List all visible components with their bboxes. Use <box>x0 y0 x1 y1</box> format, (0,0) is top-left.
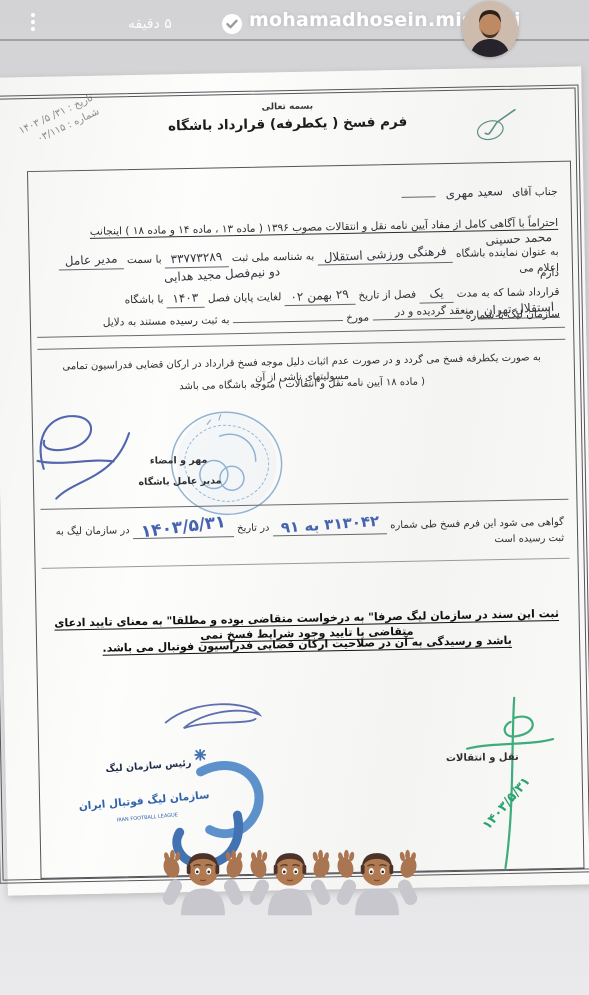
duration-handwritten: یک <box>423 286 450 302</box>
transfers-signature-green <box>450 685 562 882</box>
story-options-icon[interactable] <box>24 10 42 36</box>
l4-printed-b: مورخ <box>346 312 369 324</box>
blank-number <box>372 307 462 321</box>
story-timestamp: ۵ دقیقه <box>128 16 172 32</box>
season-end-handwritten: ۱۴۰۳ <box>166 290 205 307</box>
verified-badge-icon <box>221 13 243 35</box>
blank-line <box>402 185 436 198</box>
certify-printed-2: در تاریخ <box>237 522 270 534</box>
avatar-photo <box>462 1 518 57</box>
transfers-label: نقل و انتقالات <box>443 752 521 764</box>
start-date-handwritten: ۲۹ بهمن ۰۲ <box>284 287 355 306</box>
shrug-emoji-stickers[interactable] <box>160 840 420 916</box>
salutation-printed: جناب آقای <box>512 186 558 199</box>
l4-printed-a: سازمان لیگ با شماره <box>466 308 560 322</box>
l4-printed-c: به ثبت رسیده مستند به دلایل <box>103 314 230 328</box>
instagram-story: تاریخ : ۳۱/ ۵/ ۱۴۰۳ شماره : ۰۳/۱۱۵ بسمه … <box>0 0 589 995</box>
registration-id-handwritten: ۳۳۷۷۳۲۸۹ <box>165 249 229 267</box>
l3-printed-d: با باشگاه <box>125 293 164 306</box>
seal-label-2: مدیر عامل باشگاه <box>136 475 224 488</box>
checkmark-icon <box>471 106 520 149</box>
blank-date <box>233 309 343 323</box>
shrug-emoji <box>334 840 420 916</box>
player-name-handwritten: سعید مهری <box>439 184 509 203</box>
l2-printed-b: به شناسه ملی ثبت <box>232 251 315 265</box>
l2-printed-c: با سمت <box>127 254 162 267</box>
certify-printed-1: گواهی می شود این فرم فسخ طی شماره <box>390 517 564 531</box>
ceo-signature-blue <box>29 405 141 507</box>
l2-printed-e: دارم <box>540 267 559 279</box>
story-avatar[interactable] <box>462 1 518 57</box>
l3-printed-b: فصل از تاریخ <box>358 289 416 302</box>
story-header: ۵ دقیقه mohamadhosein.misaghi <box>0 0 589 62</box>
l3-printed-c: لغایت پایان فصل <box>208 291 282 304</box>
seal-label-1: مهر و امضاء <box>145 455 211 467</box>
l2-printed-a: به عنوان نماینده باشگاه <box>456 246 559 260</box>
document-paper: تاریخ : ۳۱/ ۵/ ۱۴۰۳ شماره : ۰۳/۱۱۵ بسمه … <box>0 66 589 895</box>
l3-printed-a: قرارداد شما که به مدت <box>457 286 560 300</box>
position-handwritten: مدیر عامل <box>58 251 124 269</box>
shrug-emoji <box>160 840 246 916</box>
shrug-emoji <box>247 840 333 916</box>
